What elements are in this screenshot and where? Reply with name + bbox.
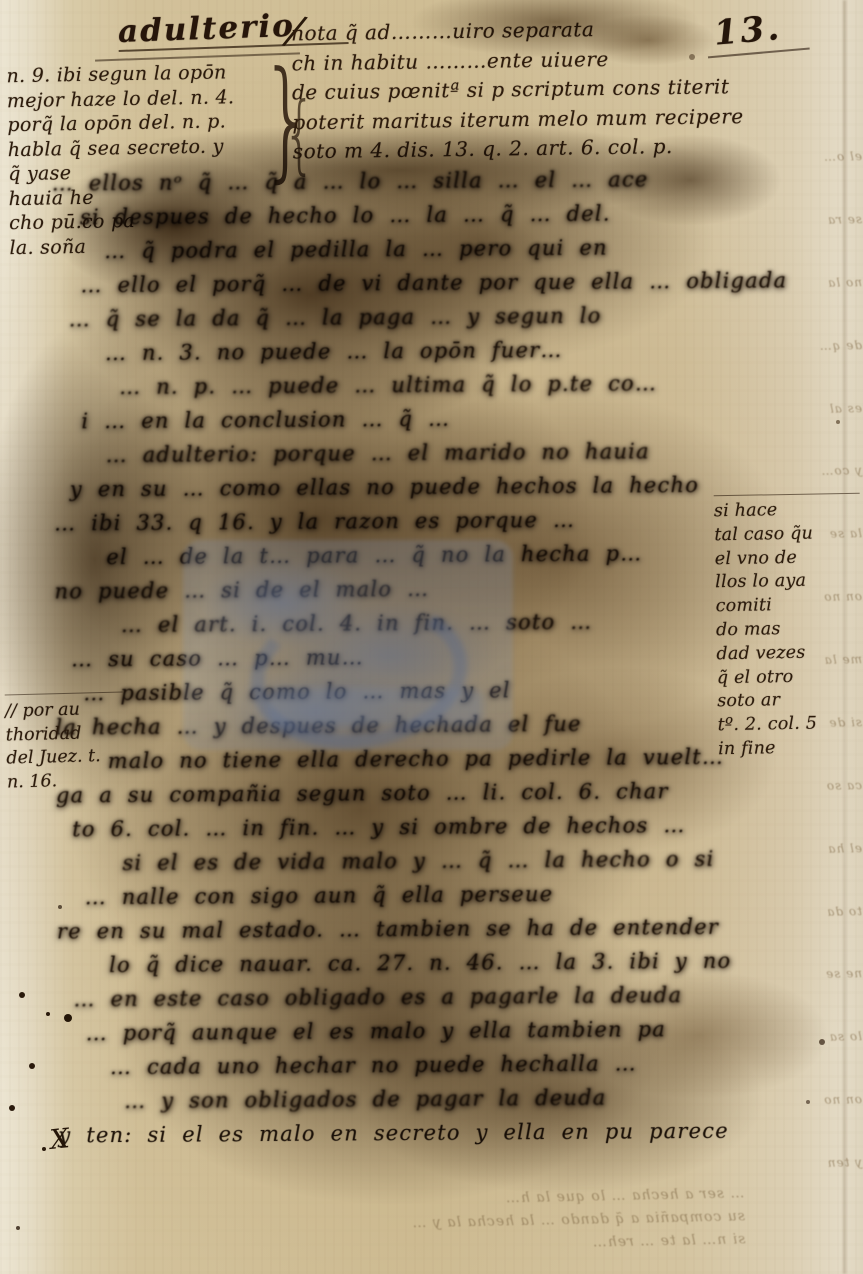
body-line: … n. p. … puede … ultima q̃ lo p.te co… <box>119 366 753 404</box>
bleed-through-fragment: … ser a hecha … lo que la h… <box>204 1182 744 1216</box>
bleed-through-fragment: on no <box>770 1092 862 1108</box>
body-line: no puede … si de el malo … <box>54 570 754 609</box>
body-line: … q̃ se la da q̃ … la paga … y segun lo <box>69 298 753 337</box>
bleed-through-fragment: su compañia a q̃ dando … la hecha la y … <box>205 1205 745 1239</box>
note-line: llos lo aya <box>715 569 861 595</box>
left-margin-note: // por authoridaddel Juez. t.n. 16. <box>5 691 126 794</box>
note-line: tº. 2. col. 5 <box>718 712 863 738</box>
body-line: … cada uno hechar no puede hechalla … <box>110 1046 758 1085</box>
body-line: la hecha … y despues de hechada el fue <box>55 706 755 745</box>
note-line: habla q̃ sea secreto. y <box>8 133 258 162</box>
body-line: lo q̃ dice nauar. ca. 27. n. 46. … la 3.… <box>109 944 757 983</box>
body-line: i … en la conclusion … q̃ … <box>81 400 753 439</box>
note-line: tal caso q̃u <box>714 522 860 548</box>
bleed-through-fragment: ne se <box>770 967 862 983</box>
bleed-through-fragment: se ra <box>770 212 862 228</box>
bleed-through-bottom: … ser a hecha … lo que la h…su compañia … <box>204 1182 745 1262</box>
body-line: ga a su compañia segun soto … li. col. 6… <box>56 774 756 813</box>
note-line: in fine <box>718 736 863 762</box>
main-body-text: … ellos nᵒ q̃ … q̃ a … lo … silla … el …… <box>52 162 759 1153</box>
bleed-through-fragment: es al <box>770 401 862 417</box>
note-line: do mas <box>716 617 862 643</box>
body-line: … pasible q̃ como lo … mas y el <box>83 672 755 711</box>
body-line: … ibi 33. q 16. y la razon es porque … <box>54 502 754 541</box>
note-line: soto ar <box>717 688 863 714</box>
bleed-through-fragment: de q… <box>770 338 862 354</box>
note-line: dad vezes <box>716 641 862 667</box>
note-line: q̃ el otro <box>717 664 863 690</box>
body-line: … porq̃ aunque el es malo y ella tambien… <box>86 1012 758 1051</box>
note-line: n. 9. ibi segun la opōn <box>6 60 256 89</box>
body-line: si el es de vida malo y … q̃ … la hecho … <box>122 842 756 880</box>
bottom-x-mark: X <box>48 1123 70 1156</box>
body-line: to 6. col. … in fin. … y si ombre de hec… <box>72 808 756 847</box>
body-line: … su caso … p… mu… <box>71 638 755 677</box>
bleed-through-fragment: el ha <box>770 841 862 857</box>
note-line: comiti <box>715 593 861 619</box>
body-line: … ello el porq̃ … de vi dante por que el… <box>80 264 752 303</box>
body-line: malo no tiene ella derecho pa pedirle la… <box>108 740 756 779</box>
body-line: … nalle con sigo aun q̃ ella perseue <box>85 876 757 915</box>
note-line: del Juez. t. <box>6 744 125 771</box>
bleed-through-fragment: to da <box>770 904 862 920</box>
body-line: … el art. i. col. 4. in fin. … soto … <box>121 604 755 642</box>
body-line: … en este caso obligado es a pagarle la … <box>73 978 757 1017</box>
top-right-latin-note: nota q̃ ad………uiro separatach in habitu …… <box>291 13 773 167</box>
body-line: … adulterio: porque … el marido no hauia <box>105 434 753 473</box>
body-line: … ellos nᵒ q̃ … q̃ a … lo … silla … el …… <box>52 162 752 201</box>
body-line: el … de la t… para … q̃ no la hecha p… <box>106 536 754 575</box>
bleed-through-fragment: ca so <box>770 778 862 794</box>
note-line: // por au <box>5 697 124 724</box>
note-line: n. 16. <box>7 768 126 795</box>
bleed-through-fragment: lo sa <box>770 1029 862 1045</box>
note-line: si hace <box>714 498 860 524</box>
note-line: el vno de <box>715 545 861 571</box>
body-line: … y son obligados de pagar la deuda <box>124 1080 758 1118</box>
bleed-through-fragment: si n… la te … reh… <box>205 1228 745 1262</box>
ink-specks <box>0 0 1 1</box>
body-line: … n. 3. no puede … la opōn fuer… <box>105 332 753 371</box>
right-margin-note: si hacetal caso q̃uel vno dellos lo ayac… <box>714 493 863 762</box>
bleed-through-fragment: el o… <box>770 149 862 165</box>
bleed-through-fragment: y co… <box>770 464 862 480</box>
note-line: thoridad <box>5 721 124 748</box>
body-line: si despues de hecho lo … la … q̃ … del. <box>80 196 752 235</box>
body-line: y en su … como ellas no puede hechos la … <box>70 468 754 507</box>
body-line: re en su mal estado. … tambien se ha de … <box>57 910 757 949</box>
body-line: y ten: si el es malo en secreto y ella e… <box>58 1114 758 1153</box>
manuscript-page: el o…se rano lade q…es aly co…la seon no… <box>0 0 863 1274</box>
note-line: porq̃ la opōn del. n. p. <box>7 109 257 138</box>
body-line: … q̃ podra el pedilla la … pero qui en <box>104 230 752 269</box>
bleed-through-fragment: y ten <box>770 1155 862 1171</box>
